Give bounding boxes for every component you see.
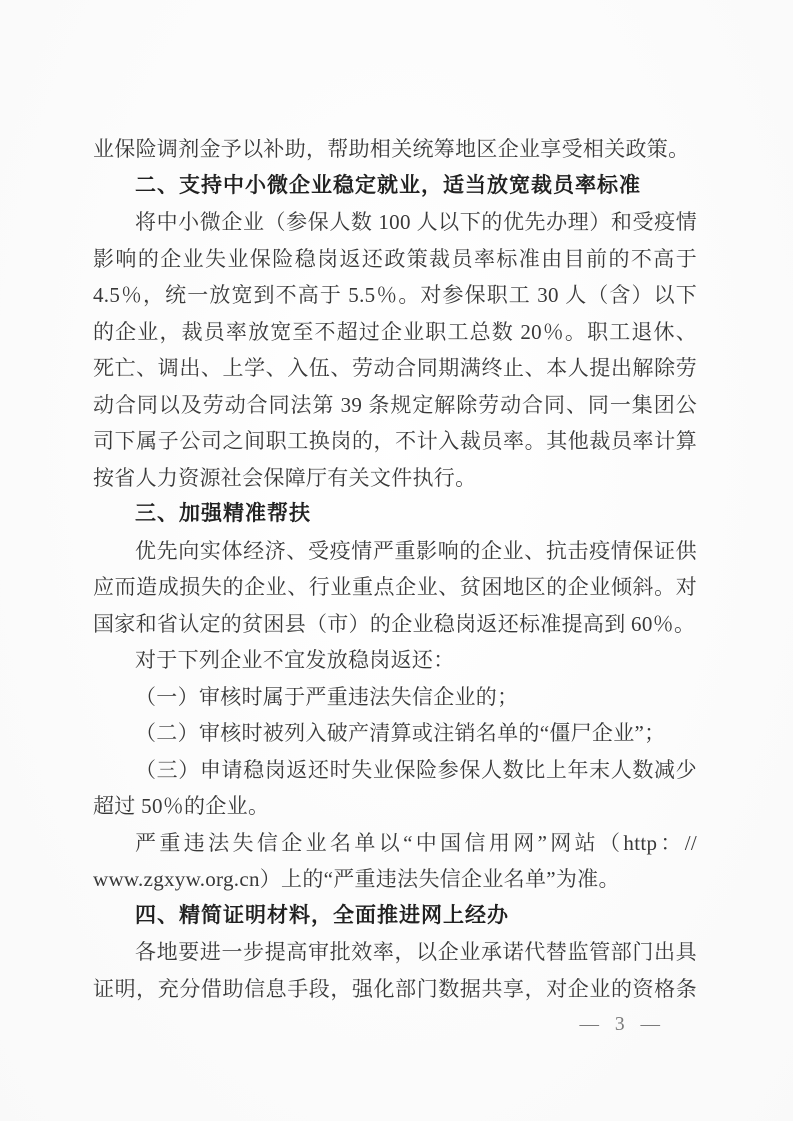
paragraph-line: 的企业，裁员率放宽至不超过企业职工总数 20％。职工退休、 — [93, 314, 697, 351]
paragraph-line: 严重违法失信企业名单以“中国信用网”网站（http：// — [93, 825, 697, 862]
paragraph-line: 各地要进一步提高审批效率，以企业承诺代替监管部门出具 — [93, 934, 697, 971]
section-heading-3: 三、加强精准帮扶 — [93, 496, 697, 533]
paragraph-line: 4.5％，统一放宽到不高于 5.5％。对参保职工 30 人（含）以下 — [93, 277, 697, 314]
paragraph-line: 将中小微企业（参保人数 100 人以下的优先办理）和受疫情 — [93, 204, 697, 241]
document-page: 业保险调剂金予以补助，帮助相关统筹地区企业享受相关政策。 二、支持中小微企业稳定… — [0, 0, 793, 1121]
paragraph-line: 司下属子公司之间职工换岗的，不计入裁员率。其他裁员率计算 — [93, 423, 697, 460]
paragraph-line: 应而造成损失的企业、行业重点企业、贫困地区的企业倾斜。对 — [93, 569, 697, 606]
paragraph-line: 对于下列企业不宜发放稳岗返还： — [93, 642, 697, 679]
section-heading-2: 二、支持中小微企业稳定就业，适当放宽裁员率标准 — [93, 168, 697, 205]
paragraph-line: 国家和省认定的贫困县（市）的企业稳岗返还标准提高到 60％。 — [93, 606, 697, 643]
paragraph-line: 死亡、调出、上学、入伍、劳动合同期满终止、本人提出解除劳 — [93, 350, 697, 387]
paragraph-line: 动合同以及劳动合同法第 39 条规定解除劳动合同、同一集团公 — [93, 387, 697, 424]
list-item-2: （二）审核时被列入破产清算或注销名单的“僵尸企业”； — [93, 715, 697, 752]
page-number: — 3 — — [93, 1007, 697, 1044]
paragraph-line: 优先向实体经济、受疫情严重影响的企业、抗击疫情保证供 — [93, 533, 697, 570]
list-item-3: （三）申请稳岗返还时失业保险参保人数比上年末人数减少 — [93, 752, 697, 789]
paragraph-line: 按省人力资源社会保障厅有关文件执行。 — [93, 460, 697, 497]
paragraph-line: 影响的企业失业保险稳岗返还政策裁员率标准由目前的不高于 — [93, 241, 697, 278]
document-body: 业保险调剂金予以补助，帮助相关统筹地区企业享受相关政策。 二、支持中小微企业稳定… — [93, 131, 697, 1044]
section-heading-4: 四、精简证明材料，全面推进网上经办 — [93, 898, 697, 935]
paragraph-line: 业保险调剂金予以补助，帮助相关统筹地区企业享受相关政策。 — [93, 131, 697, 168]
list-item-1: （一）审核时属于严重违法失信企业的； — [93, 679, 697, 716]
paragraph-line: www.zgxyw.org.cn）上的“严重违法失信企业名单”为准。 — [93, 861, 697, 898]
paragraph-line: 超过 50％的企业。 — [93, 788, 697, 825]
paragraph-line: 证明，充分借助信息手段，强化部门数据共享，对企业的资格条 — [93, 971, 697, 1008]
